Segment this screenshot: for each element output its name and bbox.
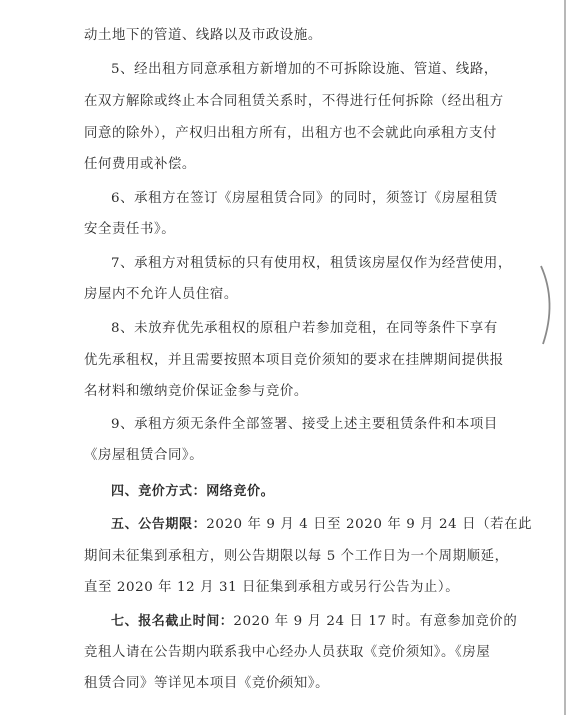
text-line: 安全责任书》。 [84, 218, 175, 237]
clause-7: 7、承租方对租赁标的只有使用权，租赁该房屋仅作为经营使用， [111, 252, 512, 271]
text-line: 租赁合同》等详见本项目《竞价须知》。 [84, 672, 329, 691]
text-line: 动土地下的管道、线路以及市政设施。 [84, 24, 322, 43]
text-line: 期间未征集到承租方，则公告期限以每 5 个工作日为一个周期顺延， [84, 545, 509, 564]
section-bidding-method: 四、竞价方式：网络竞价。 [111, 480, 274, 499]
clause-9: 9、承租方须无条件全部签署、接受上述主要租赁条件和本项目 [111, 413, 498, 432]
section-label: 七、报名截止时间： [111, 614, 233, 629]
text-line: 在双方解除或终止本合同租赁关系时，不得进行任何拆除（经出租方 [84, 90, 504, 109]
page-edge [564, 0, 566, 715]
text-line: 名材料和缴纳竞价保证金参与竞价。 [84, 380, 308, 399]
section-value: 2020 年 9 月 4 日至 2020 年 9 月 24 日（若在此 [206, 517, 532, 532]
clause-8: 8、未放弃优先承租权的原租户若参加竞租，在同等条件下享有 [111, 317, 498, 336]
section-label: 四、竞价方式： [111, 484, 206, 499]
clause-5: 5、经出租方同意承租方新增加的不可拆除设施、管道、线路， [111, 58, 498, 77]
page-number: 7 [278, 681, 284, 691]
section-announcement-period: 五、公告期限：2020 年 9 月 4 日至 2020 年 9 月 24 日（若… [111, 513, 532, 532]
text-line: 任何费用或补偿。 [84, 153, 196, 172]
text-line: 竞租人请在公告期内联系我中心经办人员获取《竞价须知》。《房屋 [84, 641, 490, 660]
section-registration-deadline: 七、报名截止时间：2020 年 9 月 24 日 17 时。有意参加竞价的 [111, 610, 517, 629]
text-line: 《房屋租赁合同》。 [84, 444, 203, 463]
text-line: 房屋内不允许人员住宿。 [84, 283, 238, 302]
text-line: 优先承租权，并且需要按照本项目竞价须知的要求在挂牌期间提供报 [84, 349, 504, 368]
margin-arc-mark [535, 262, 565, 348]
section-value: 网络竞价。 [206, 484, 274, 499]
section-label: 五、公告期限： [111, 517, 206, 532]
text-line: 同意的除外），产权归出租方所有，出租方也不会就此向承租方支付 [84, 122, 497, 141]
text-line: 直至 2020 年 12 月 31 日征集到承租方或另行公告为止）。 [84, 576, 459, 595]
section-value: 2020 年 9 月 24 日 17 时。有意参加竞价的 [233, 614, 517, 629]
clause-6: 6、承租方在签订《房屋租赁合同》的同时，须签订《房屋租赁 [111, 187, 498, 206]
